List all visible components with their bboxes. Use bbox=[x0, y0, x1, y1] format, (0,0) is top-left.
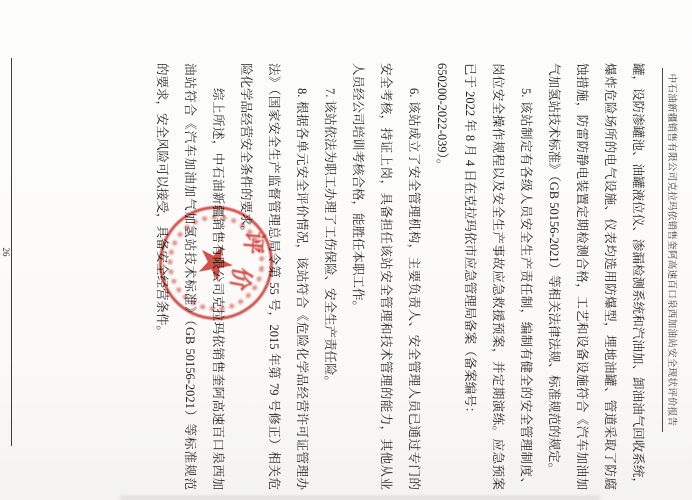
body-line: 已于 2022 年 8 月 4 日在克拉玛依市应急管理局备案（备案编号： bbox=[456, 63, 484, 490]
body-line: 气加氢站技术标准》（GB 50156-2021）等相关法律法规、标准规范的规定。 bbox=[540, 63, 568, 490]
document-page: 中石油新疆销售有限公司克拉玛依销售奎阿高速百口泉西加油站安全现状评价报告 罐，设… bbox=[0, 0, 692, 500]
body-line: 岗位安全操作规程以及安全生产事故应急救援预案，并定期演练。应急预案 bbox=[484, 63, 512, 490]
body-line: 的要求，安全风险可以接受，具备安全经营条件。 bbox=[148, 63, 176, 490]
body-line: 爆炸危险场所的电气设施、仪表均选用防爆型，埋地油罐、管道采取了防腐 bbox=[596, 63, 624, 490]
body-line: 综上所述，中石油新疆销售有限公司克拉玛依销售奎阿高速百口泉西加 bbox=[204, 63, 232, 490]
body-line: 6. 该站成立了安全管理机构，主要负责人、安全管理人员已通过专门的 bbox=[400, 63, 428, 490]
body-line: 法》（国家安全生产监督管理总局令第 55 号，2015 年第 79 号修正）相关… bbox=[260, 63, 288, 490]
page-number: 26 bbox=[1, 58, 11, 446]
page-header-title: 中石油新疆销售有限公司克拉玛依销售奎阿高速百口泉西加油站安全现状评价报告 bbox=[662, 68, 680, 432]
scanned-page: 中石油新疆销售有限公司克拉玛依销售奎阿高速百口泉西加油站安全现状评价报告 罐，设… bbox=[0, 0, 692, 500]
body-line: 油站符合《汽车加油加气加氢站技术标准》（GB 50156-2021）等标准规范 bbox=[176, 63, 204, 490]
document-body: 罐，设防渗罐池、油罐液位仪、渗漏检测系统和汽油加、卸油油气回收系统， 爆炸危险场… bbox=[148, 63, 652, 490]
body-line: 蚀措施，防雷防静电装置定期检测合格，工艺和设备设施符合《汽车加油加 bbox=[568, 63, 596, 490]
body-line: 罐，设防渗罐池、油罐液位仪、渗漏检测系统和汽油加、卸油油气回收系统， bbox=[624, 63, 652, 490]
body-line: 7. 该站依法为职工办理了工伤保险、安全生产责任险。 bbox=[316, 63, 344, 490]
body-line: 险化学品经营安全条件的要求。 bbox=[232, 63, 260, 490]
body-line: 650200-2022-039）。 bbox=[428, 63, 456, 490]
footer-rule bbox=[11, 58, 12, 446]
body-line: 人员经公司培训考核合格，能胜任本职工作。 bbox=[344, 63, 372, 490]
body-line: 5. 该站制定有各级人员安全生产责任制，编制有健全的安全管理制度、 bbox=[512, 63, 540, 490]
body-line: 安全考核，持证上岗，具备担任该站安全管理和技术管理的能力，其他从业 bbox=[372, 63, 400, 490]
scan-edge-shadow bbox=[120, 496, 600, 500]
body-line: 8. 根据各单元安全评价情况，该站符合《危险化学品经营许可证管理办 bbox=[288, 63, 316, 490]
